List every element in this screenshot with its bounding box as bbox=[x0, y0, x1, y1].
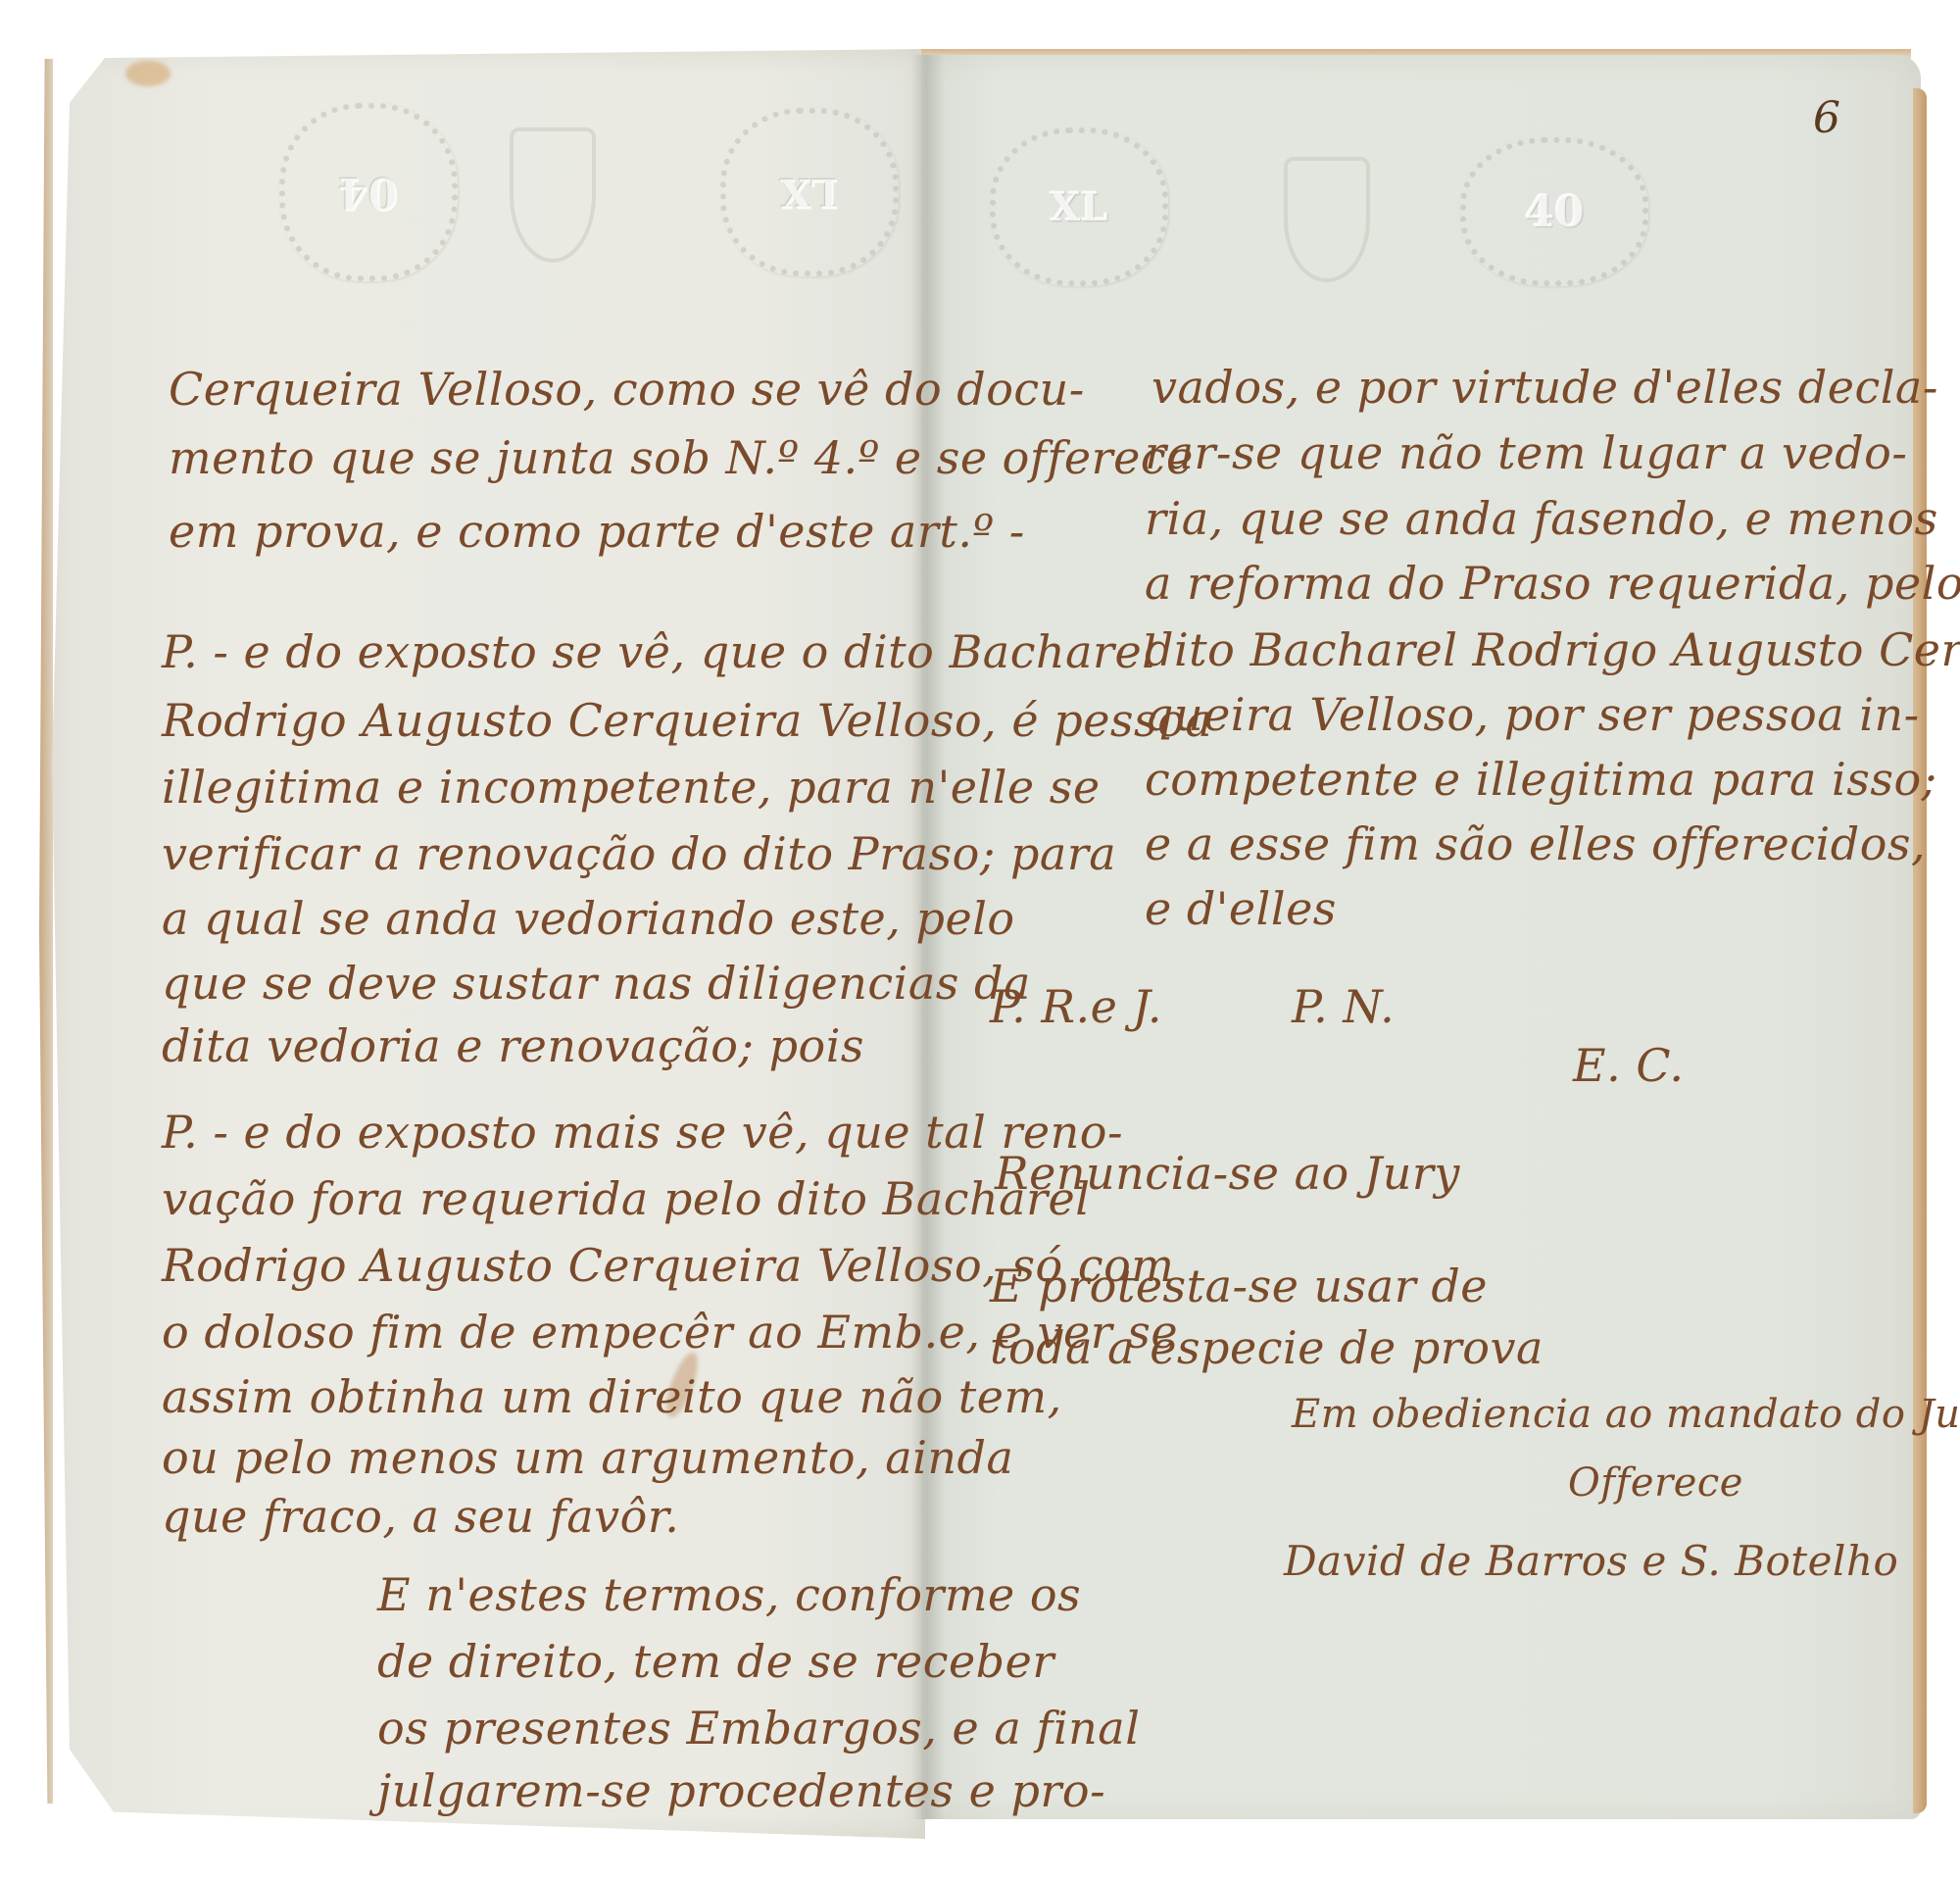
right-p1-line-5: dito Bacharel Rodrigo Augusto Cer- bbox=[1145, 623, 1960, 676]
offerece-line: Offerece bbox=[1568, 1460, 1743, 1506]
obediencia-line: Em obediencia ao mandato do Juiro bbox=[1292, 1392, 1960, 1437]
right-p1-line-8: e a esse fim são elles offerecidos, bbox=[1145, 817, 1926, 870]
right-p1-line-9: e d'elles bbox=[1145, 882, 1337, 935]
right-p1-line-1: vados, e por virtude d'elles decla- bbox=[1151, 361, 1938, 414]
emboss-coat-of-arms-left bbox=[510, 127, 596, 263]
open-manuscript-book: 04 LX XL 40 6 Cerqueira Velloso, como se… bbox=[0, 0, 1960, 1878]
left-p1-line-3: em prova, e como parte d'este art.º - bbox=[169, 505, 1025, 558]
page-number: 6 bbox=[1813, 93, 1840, 143]
left-p3-line-5: assim obtinha um direito que não tem, bbox=[162, 1370, 1062, 1423]
left-p4-line-4: julgarem-se procedentes e pro- bbox=[377, 1764, 1105, 1817]
left-p2-line-1: P. - e do exposto se vê, que o dito Bach… bbox=[162, 625, 1156, 678]
left-p2-line-2: Rodrigo Augusto Cerqueira Velloso, é pes… bbox=[162, 694, 1212, 747]
left-p2-line-3: illegitima e incompetente, para n'elle s… bbox=[162, 761, 1101, 814]
abbrev-p-n: P. N. bbox=[1292, 980, 1395, 1033]
left-p2-line-6: que se deve sustar nas diligencias da bbox=[162, 957, 1031, 1010]
left-page-edge bbox=[39, 59, 53, 1804]
right-p1-line-6: queira Velloso, por ser pessoa in- bbox=[1145, 688, 1920, 741]
protesta-line-1: E protesta-se usar de bbox=[990, 1260, 1488, 1312]
emboss-coat-of-arms-right bbox=[1284, 157, 1370, 282]
right-p1-line-2: rar-se que não tem lugar a vedo- bbox=[1145, 426, 1907, 479]
left-p3-line-6: ou pelo menos um argumento, ainda bbox=[162, 1431, 1013, 1484]
renuncia-line: Renuncia-se ao Jury bbox=[995, 1147, 1460, 1200]
right-page-fore-edge bbox=[1913, 88, 1927, 1813]
emboss-seal-xl: XL bbox=[990, 127, 1168, 286]
protesta-line-2: toda a especie de prova bbox=[990, 1321, 1543, 1374]
right-p1-line-7: competente e illegitima para isso; bbox=[1145, 753, 1937, 806]
left-p1-line-1: Cerqueira Velloso, como se vê do docu- bbox=[169, 363, 1085, 416]
emboss-seal-04: 04 bbox=[279, 103, 458, 281]
left-p2-line-4: verificar a renovação do dito Praso; par… bbox=[162, 827, 1116, 880]
left-p3-line-2: vação fora requerida pelo dito Bacharel bbox=[162, 1172, 1091, 1225]
left-p3-line-1: P. - e do exposto mais se vê, que tal re… bbox=[162, 1106, 1123, 1159]
right-p1-line-4: a reforma do Praso requerida, pelo bbox=[1145, 557, 1960, 610]
left-p4-line-3: os presentes Embargos, e a final bbox=[377, 1702, 1140, 1754]
left-p2-line-5: a qual se anda vedoriando este, pelo bbox=[162, 892, 1015, 945]
emboss-seal-40: 40 bbox=[1460, 137, 1648, 286]
left-p1-line-2: mento que se junta sob N.º 4.º e se offe… bbox=[169, 431, 1194, 484]
signature: David de Barros e S. Botelho bbox=[1284, 1537, 1898, 1585]
stain-top-left bbox=[125, 61, 171, 86]
right-p1-line-3: ria, que se anda fasendo, e menos bbox=[1145, 492, 1938, 545]
abbrev-e-c: E. C. bbox=[1573, 1039, 1685, 1092]
left-p4-line-1: E n'estes termos, conforme os bbox=[377, 1568, 1081, 1621]
left-p4-line-2: de direito, tem de se receber bbox=[377, 1635, 1054, 1688]
left-p2-line-7: dita vedoria e renovação; pois bbox=[162, 1019, 864, 1072]
emboss-seal-lx: LX bbox=[720, 108, 899, 276]
abbrev-p-r-e-j: P. R.e J. bbox=[990, 980, 1162, 1033]
left-p3-line-7: que fraco, a seu favôr. bbox=[162, 1490, 679, 1543]
